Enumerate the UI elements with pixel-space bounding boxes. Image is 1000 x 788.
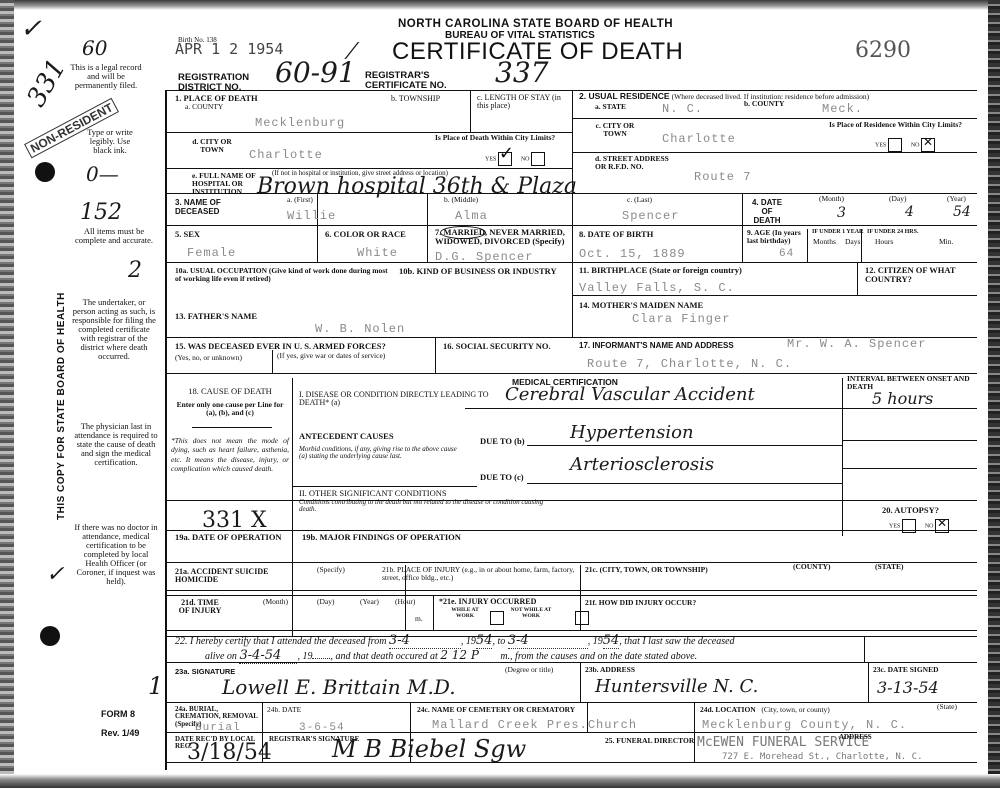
dod-year-label: (Year) [947,195,966,203]
cemetery-label: 24c. NAME OF CEMETERY OR CREMATORY [417,706,575,714]
dod-day-label: (Day) [889,195,907,203]
interval-field[interactable]: 5 hours [872,389,933,408]
sex-label: 5. SEX [175,230,200,239]
injury-type-label: 21a. ACCIDENT SUICIDE HOMICIDE [175,568,285,585]
antecedent-causes-label: ANTECEDENT CAUSES [299,432,394,441]
residence-state-label: a. STATE [595,103,626,111]
death-city-label: d. CITY OR TOWN [192,138,232,154]
armed-forces-hint-b: (If yes, give war or dates of service) [277,352,385,360]
informant-label: 17. INFORMANT'S NAME AND ADDRESS [579,341,734,350]
residence-county-label: b. COUNTY [744,100,784,108]
days-label: Days [845,238,860,246]
business-label: 10b. KIND OF BUSINESS OR INDUSTRY [399,267,559,276]
informant-name-field[interactable]: Mr. W. A. Spencer [787,337,926,351]
time-of-death-field[interactable]: 2 12 P [440,648,500,663]
not-at-work-checkbox[interactable] [575,611,589,625]
street-address-field[interactable]: Route 7 [694,170,751,184]
cause-of-death-footnote: *This does not mean the mode of dying, s… [171,436,289,474]
complete-accurate-note: All items must be complete and accurate. [74,227,154,245]
middle-name-label: b. (Middle) [444,196,478,204]
death-within-limits-label: Is Place of Death Within City Limits? [435,134,570,142]
hours-label: Hours [875,238,893,246]
armed-forces-hint-a: (Yes, no, or unknown) [175,354,242,362]
residence-state-field[interactable]: N. C. [662,102,703,116]
attendance-certification-line1: 22. I hereby certify that I attended the… [175,633,735,649]
attendance-certification-line2: alive on 3-4-54, 19, and that death occu… [205,648,697,664]
physician-address-label: 23b. ADDRESS [585,666,635,674]
while-at-work-checkbox[interactable] [490,611,504,625]
handwritten-152: 152 [80,200,122,225]
residence-within-limits-label: Is Place of Residence Within City Limits… [829,121,977,129]
how-injury-label: 21f. HOW DID INJURY OCCUR? [585,599,696,607]
primary-cause-label: I. DISEASE OR CONDITION DIRECTLY LEADING… [299,391,499,408]
cemetery-field[interactable]: Mallard Creek Pres.Church [432,718,637,732]
death-county-field[interactable]: Mecklenburg [255,116,345,130]
autopsy-yes-label: YES [889,523,900,529]
injury-county-label: (COUNTY) [793,563,831,571]
funeral-director-label: 25. FUNERAL DIRECTOR [605,737,694,745]
length-of-stay-label: c. LENGTH OF STAY (in this place) [477,94,567,111]
dod-month-label: (Month) [819,195,844,203]
death-limits-yes-label: YES [485,156,496,162]
burial-date-field[interactable]: 3-6-54 [299,722,345,734]
attended-to-field[interactable]: 3-4 [508,633,588,649]
punch-hole-icon [35,162,55,182]
death-city-field[interactable]: Charlotte [249,148,323,162]
funeral-director-address-label: ADDRESS [839,734,872,741]
deceased-name-label: 3. NAME OF DECEASED [175,198,255,216]
burial-location-field[interactable]: Mecklenburg County, N. C. [702,718,907,732]
handwritten-check-top: ✓ [20,14,42,44]
under-1-year-label: IF UNDER 1 YEAR [812,229,863,235]
injury-year-label: (Year) [360,598,379,606]
burial-location-label: 24d. LOCATION (City, town, or county) [700,706,830,714]
autopsy-no-checkbox[interactable] [935,519,949,533]
street-address-label: d. STREET ADDRESS OR R.F.D. NO. [595,155,675,171]
injury-day-label: (Day) [317,598,335,606]
birthplace-field[interactable]: Valley Falls, S. C. [579,281,735,295]
place-of-injury-label: 21b. PLACE OF INJURY (e.g., in or about … [382,566,577,582]
residence-limits-no-label: NO [911,142,920,148]
cause-of-death-label: 18. CAUSE OF DEATH [171,387,289,396]
injury-hour-label: (Hour) [395,598,415,606]
scan-edge-bottom [0,774,1000,788]
injury-city-label: 21c. (CITY, TOWN, OR TOWNSHIP) [585,566,708,574]
residence-city-label: c. CITY OR TOWN [595,122,635,138]
first-name-field[interactable]: Willie [287,209,336,223]
no-doctor-note: If there was no doctor in attendance, me… [74,523,158,585]
autopsy-no-label: NO [925,523,934,529]
handwritten-mark: ⁄ [350,40,354,65]
birthplace-label: 11. BIRTHPLACE (State or foreign country… [579,266,742,275]
marital-married-circle [440,226,486,239]
mother-maiden-name-label: 14. MOTHER'S MAIDEN NAME [579,301,703,310]
injury-m-label: m. [415,615,423,623]
attended-to-year-field[interactable]: 54 [603,633,620,649]
dod-day-field[interactable]: 4 [905,204,914,220]
type-legibly-note: Type or write legibly. Use black ink. [80,128,140,155]
physician-signature-field[interactable]: Lowell E. Brittain M.D. [222,675,456,699]
degree-label: (Degree or title) [505,666,553,674]
burial-date-label: 24b. DATE [267,706,301,714]
injury-state-label: (STATE) [875,563,903,571]
burial-state-label: (State) [937,703,957,711]
last-name-label: c. (Last) [627,196,652,204]
injury-occurred-label: *21e. INJURY OCCURRED [439,598,536,606]
death-certificate-form: 1. PLACE OF DEATH a. COUNTY Mecklenburg … [165,90,977,770]
primary-cause-field[interactable]: Cerebral Vascular Accident [505,384,755,405]
while-at-work-label: WHILE AT WORK [445,608,485,620]
residence-county-field[interactable]: Meck. [822,102,863,116]
minutes-label: Min. [939,238,953,246]
mother-maiden-name-field[interactable]: Clara Finger [632,312,730,326]
file-number: 6290 [855,38,911,63]
form-number: FORM 8 [101,709,135,719]
injury-type-specify: (Specify) [317,566,345,574]
registrar-cert-label: REGISTRAR'S CERTIFICATE NO. [365,71,483,90]
middle-name-field[interactable]: Alma [455,209,488,223]
date-of-birth-field[interactable]: Oct. 15, 1889 [579,247,686,261]
county-label: a. COUNTY [185,103,223,111]
antecedent-causes-hint: Morbid conditions, if any, giving rise t… [299,446,459,461]
due-to-b-label: DUE TO (b) [480,437,525,446]
last-seen-alive-field[interactable]: 3-4-54 [239,648,297,664]
punch-hole-icon [40,626,60,646]
agency-name: NORTH CAROLINA STATE BOARD OF HEALTH [398,18,673,30]
date-signed-field[interactable]: 3-13-54 [877,678,939,697]
informant-address-field[interactable]: Route 7, Charlotte, N. C. [587,357,792,371]
funeral-director-address-field[interactable]: 727 E. Morehead St., Charlotte, N. C. [722,752,922,762]
township-label: b. TOWNSHIP [391,95,440,103]
age-label: 9. AGE (In years last birthday) [747,229,809,245]
race-label: 6. COLOR OR RACE [325,230,406,239]
state-copy-vertical-text: THIS COPY FOR STATE BOARD OF HEALTH [56,292,67,520]
spouse-field[interactable]: D.G. Spencer [435,250,533,264]
death-limits-no-checkbox[interactable] [531,152,545,166]
dod-month-field[interactable]: 3 [837,205,846,221]
residence-limits-no-checkbox[interactable] [921,138,935,152]
due-to-c-label: DUE TO (c) [480,473,524,482]
autopsy-yes-checkbox[interactable] [902,519,916,533]
race-field[interactable]: White [357,246,398,260]
citizenship-label: 12. CITIZEN OF WHAT COUNTRY? [865,266,977,284]
scan-edge-top [0,0,1000,10]
date-of-death-label: 4. DATE OF DEATH [747,198,787,225]
death-limits-no-label: NO [521,156,530,162]
usual-residence-label: 2. USUAL RESIDENCE (Where deceased lived… [579,92,869,101]
handwritten-2: 2 [128,258,142,283]
operation-findings-label: 19b. MAJOR FINDINGS OF OPERATION [302,533,461,542]
sex-field[interactable]: Female [187,246,236,260]
legal-record-note: This is a legal record and will be perma… [66,63,146,90]
first-name-label: a. (First) [287,196,313,204]
under-24-hours-label: IF UNDER 24 HRS. [867,229,918,235]
handwritten-1: 1 [148,672,163,700]
last-name-field[interactable]: Spencer [622,209,679,223]
due-to-c-field[interactable]: Arteriosclerosis [570,454,714,475]
injury-time-label: 21d. TIME OF INJURY [175,599,225,616]
burial-method-field[interactable]: Burial [195,722,241,734]
other-conditions-label: II. OTHER SIGNIFICANT CONDITIONS [299,489,447,498]
scan-edge-left [0,0,14,788]
not-at-work-label: NOT WHILE AT WORK [509,608,553,620]
attended-from-field[interactable]: 3-4 [389,633,461,649]
occupation-label: 10a. USUAL OCCUPATION (Give kind of work… [175,267,395,283]
due-to-b-field[interactable]: Hypertension [570,422,694,443]
residence-limits-yes-label: YES [875,142,886,148]
other-conditions-hint: Conditions contributing to the death but… [299,499,559,514]
physician-address-field[interactable]: Huntersville N. C. [595,676,758,697]
death-limits-yes-checkbox[interactable] [498,152,512,166]
dod-year-field[interactable]: 54 [953,204,971,220]
residence-limits-yes-checkbox[interactable] [888,138,902,152]
months-label: Months [813,238,836,246]
social-security-label: 16. SOCIAL SECURITY NO. [443,342,551,351]
received-date-stamp: APR 1 2 1954 [175,40,283,58]
handwritten-code-331: 331 [21,54,72,112]
operation-date-label: 19a. DATE OF OPERATION [175,533,285,542]
handwritten-code-60: 60 [82,36,107,60]
autopsy-label: 20. AUTOPSY? [882,506,939,515]
injury-month-label: (Month) [263,598,288,606]
registrar-cert-value: 337 [495,56,548,89]
scan-edge-right [988,0,1000,788]
armed-forces-label: 15. WAS DECEASED EVER IN U. S. ARMED FOR… [175,342,386,351]
undertaker-note: The undertaker, or person acting as such… [72,298,156,360]
father-name-field[interactable]: W. B. Nolen [315,322,405,336]
date-signed-label: 23c. DATE SIGNED [873,666,939,674]
handwritten-check-margin: ✓ [46,562,64,587]
physician-note: The physician last in attendance is requ… [74,422,158,467]
father-name-label: 13. FATHER'S NAME [175,312,257,321]
attended-from-year-field[interactable]: 54 [476,633,493,649]
registrar-signature-field[interactable]: M B Biebel Sgw [332,735,526,763]
age-field[interactable]: 64 [779,248,794,260]
registration-district-value: 60-91 [275,56,356,89]
residence-city-field[interactable]: Charlotte [662,132,736,146]
cause-of-death-hint: Enter only one cause per Line for (a), (… [171,401,289,417]
hospital-label: e. FULL NAME OF HOSPITAL OR INSTITUTION [192,172,266,196]
form-revision: Rev. 1/49 [101,728,139,738]
date-of-birth-label: 8. DATE OF BIRTH [579,230,653,239]
handwritten-zero: 0— [86,162,119,186]
